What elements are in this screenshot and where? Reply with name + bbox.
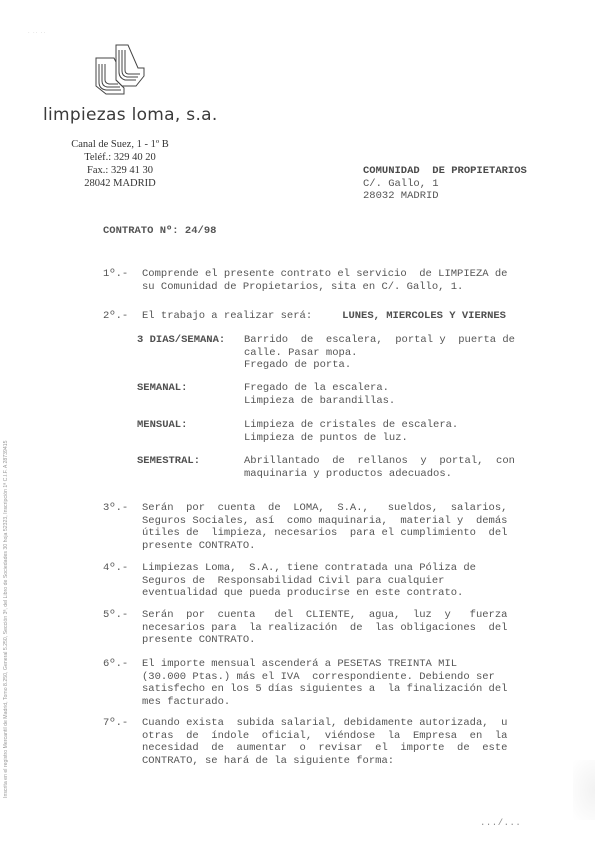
clause-line: El importe mensual ascenderá a PESETAS T…: [142, 658, 563, 671]
clause-number: 6º.-: [103, 658, 128, 671]
clause-line: necesarios para la realización de las ob…: [142, 622, 563, 635]
clause-line: Comprende el presente contrato el servic…: [142, 268, 563, 281]
schedule-label: SEMESTRAL:: [137, 455, 200, 468]
company-logo-icon: [88, 40, 152, 100]
sender-street: Canal de Suez, 1 - 1º B: [60, 138, 180, 151]
schedule-item: maquinaria y productos adecuados.: [244, 468, 557, 481]
sender-phone: Teléf.: 329 40 20: [60, 151, 180, 164]
recipient-address: COMUNIDAD DE PROPIETARIOS C/. Gallo, 1 2…: [363, 165, 527, 203]
schedule-label: MENSUAL:: [137, 419, 187, 432]
registry-info: Inscrita en el registro Mercantil de Mad…: [3, 440, 9, 798]
clause-number: 1º.-: [103, 268, 128, 281]
clause-2: 2º.- El trabajo a realizar será:LUNES, M…: [103, 310, 563, 323]
clause-number: 4º.-: [103, 562, 128, 575]
clause-number: 3º.-: [103, 502, 128, 515]
schedule-semiannual: SEMESTRAL: Abrillantado de rellanos y po…: [137, 455, 557, 480]
clause-line: Cuando exista subida salarial, debidamen…: [142, 717, 563, 730]
contract-page: · ·· ·· limpiezas loma, s.a. Canal de Su…: [0, 0, 595, 841]
recipient-name: COMUNIDAD DE PROPIETARIOS: [363, 165, 527, 178]
clause-5: 5º.- Serán por cuenta del CLIENTE, agua,…: [103, 609, 563, 647]
clause-line: Limpiezas Loma, S.A., tiene contratada u…: [142, 562, 563, 575]
clause-line: satisfecho en los 5 días siguientes a la…: [142, 683, 563, 696]
sender-address: Canal de Suez, 1 - 1º B Teléf.: 329 40 2…: [60, 138, 180, 190]
clause-line: (30.000 Ptas.) más el IVA correspondient…: [142, 671, 563, 684]
clause-line: otras de índole oficial, viéndose la Emp…: [142, 730, 563, 743]
work-days: LUNES, MIERCOLES Y VIERNES: [342, 310, 506, 322]
sender-city: 28042 MADRID: [60, 177, 180, 190]
scan-marks: · ·· ··: [28, 30, 46, 36]
company-name: limpiezas loma, s.a.: [43, 105, 218, 125]
schedule-monthly: MENSUAL: Limpieza de cristales de escale…: [137, 419, 557, 444]
clause-line: Serán por cuenta del CLIENTE, agua, luz …: [142, 609, 563, 622]
clause-number: 5º.-: [103, 609, 128, 622]
clause-line: presente CONTRATO.: [142, 540, 563, 553]
clause-line: Seguros Sociales, así como maquinaria, m…: [142, 515, 563, 528]
contract-number: CONTRATO Nº: 24/98: [103, 225, 216, 237]
schedule-item: Abrillantado de rellanos y portal, con: [244, 455, 557, 468]
schedule-3-days: 3 DIAS/SEMANA: Barrido de escalera, port…: [137, 334, 557, 372]
schedule-item: Limpieza de cristales de escalera.: [244, 419, 557, 432]
recipient-city: 28032 MADRID: [363, 190, 527, 203]
clause-number: 2º.-: [103, 310, 128, 323]
schedule-item: Limpieza de barandillas.: [244, 395, 557, 408]
clause-line: necesidad de aumentar o revisar el impor…: [142, 742, 563, 755]
clause-line: su Comunidad de Propietarios, sita en C/…: [142, 281, 563, 294]
clause-4: 4º.- Limpiezas Loma, S.A., tiene contrat…: [103, 562, 563, 600]
schedule-item: Limpieza de puntos de luz.: [244, 432, 557, 445]
schedule-item: calle. Pasar mopa.: [244, 347, 557, 360]
sender-fax: Fax.: 329 41 30: [60, 164, 180, 177]
page-continues-marker: .../...: [480, 818, 521, 828]
clause-intro: El trabajo a realizar será:: [142, 310, 312, 322]
clause-line: eventualidad que pueda producirse en est…: [142, 587, 563, 600]
clause-line: Serán por cuenta de LOMA, S.A., sueldos,…: [142, 502, 563, 515]
clause-line: CONTRATO, se hará de la siguiente forma:: [142, 755, 563, 768]
clause-3: 3º.- Serán por cuenta de LOMA, S.A., sue…: [103, 502, 563, 552]
schedule-label: SEMANAL:: [137, 382, 187, 395]
clause-line: útiles de limpieza, necesarios para el c…: [142, 527, 563, 540]
clause-1: 1º.- Comprende el presente contrato el s…: [103, 268, 563, 293]
clause-number: 7º.-: [103, 717, 128, 730]
schedule-label: 3 DIAS/SEMANA:: [137, 334, 225, 347]
clause-6: 6º.- El importe mensual ascenderá a PESE…: [103, 658, 563, 708]
schedule-item: Fregado de la escalera.: [244, 382, 557, 395]
clause-7: 7º.- Cuando exista subida salarial, debi…: [103, 717, 563, 767]
clause-line: presente CONTRATO.: [142, 634, 563, 647]
clause-line: mes facturado.: [142, 696, 563, 709]
schedule-item: Fregado de porta.: [244, 359, 557, 372]
schedule-weekly: SEMANAL: Fregado de la escalera. Limpiez…: [137, 382, 557, 407]
recipient-street: C/. Gallo, 1: [363, 178, 527, 191]
scan-smudge: [573, 760, 595, 820]
clause-line: Seguros de Responsabilidad Civil para cu…: [142, 575, 563, 588]
schedule-item: Barrido de escalera, portal y puerta de: [244, 334, 557, 347]
